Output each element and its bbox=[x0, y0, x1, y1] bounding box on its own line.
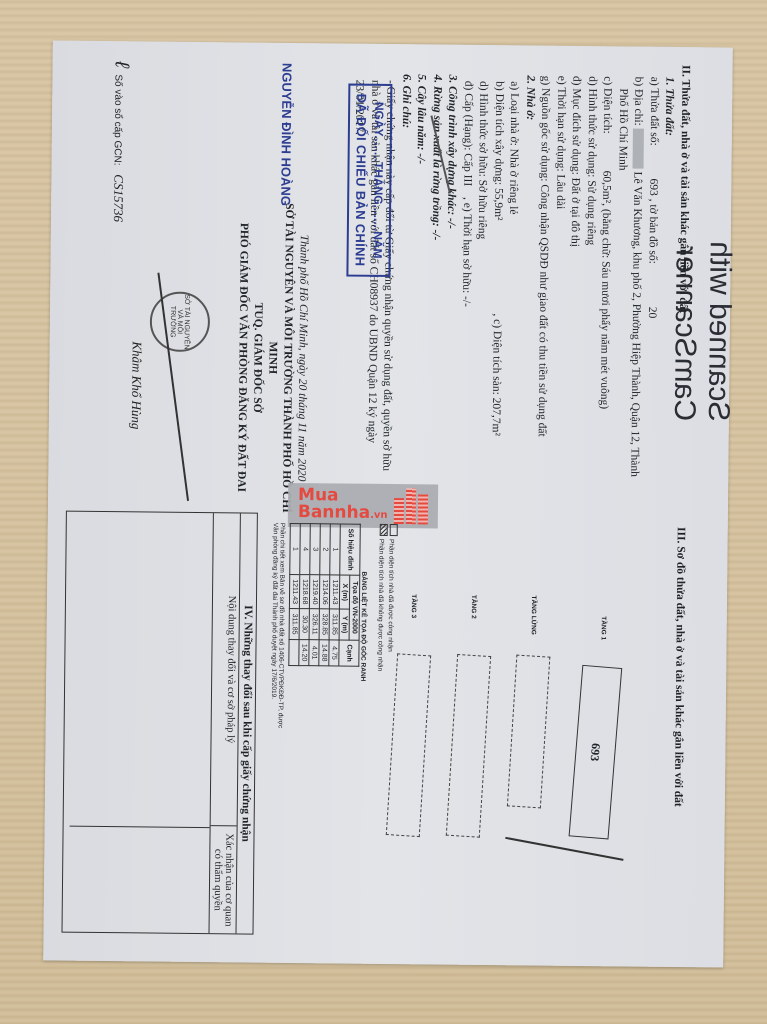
coordinate-row: 11211.43311.854.75 bbox=[329, 524, 340, 666]
floor-plan bbox=[386, 653, 431, 837]
initial-mark: ℓ bbox=[111, 61, 133, 68]
floor-label: TẦNG 1 bbox=[600, 616, 607, 640]
coordinate-row: 11211.43311.85 bbox=[289, 523, 300, 665]
signer-name: NGUYỄN ĐÌNH HOÀNG bbox=[278, 63, 294, 206]
site-diagram: 693 TẦNG 1 TẦNG LỬNG TẦNG 2 TẦNG 3 bbox=[324, 583, 627, 866]
rotated-page-content: Scanned with CamScanner II. Thửa đất, nh… bbox=[43, 40, 733, 967]
legend: Phần diện tích nhà đã được công nhận Phầ… bbox=[376, 524, 398, 671]
building-icon bbox=[393, 488, 427, 524]
changes-col-header: Nội dung thay đổi và cơ sở pháp lý bbox=[211, 513, 240, 827]
coordinate-table-block: BẢNG LIỆT KÊ TỌA ĐỘ GÓC RANH Số hiệu đỉn… bbox=[270, 523, 368, 729]
parcel-outline: 693 bbox=[569, 665, 623, 840]
map-sheet-number: 20 bbox=[646, 307, 658, 319]
muabannha-logo: Mua Bannha.vn bbox=[288, 483, 438, 529]
redacted-block bbox=[632, 129, 643, 169]
register-number: CS15736 bbox=[111, 174, 126, 222]
section-iii-title: III. Sơ đồ thửa đất, nhà ở và tài sản kh… bbox=[669, 527, 687, 807]
confirmation-cell bbox=[69, 827, 210, 933]
confirmation-col-header: Xác nhận của cơ quan có thẩm quyền bbox=[209, 826, 236, 933]
register-number-line: ℓ Số vào sổ cấp GCN: CS15736 bbox=[108, 61, 133, 222]
section-ii: II. Thửa đất, nhà ở và tài sản khác gắn … bbox=[347, 62, 692, 478]
signature-block: Thành phố Hồ Chí Minh, ngày 20 tháng 11 … bbox=[233, 192, 311, 523]
verified-copy-stamp: NGÀY........THÁNG........NĂM ĐÃ ĐỐI CHIẾ… bbox=[346, 84, 392, 277]
floor-label: TẦNG 2 bbox=[470, 595, 477, 619]
floor-plan bbox=[507, 655, 550, 809]
floor-label: TẦNG LỬNG bbox=[530, 595, 537, 634]
coordinate-row: 41218.6830.3014.20 bbox=[299, 524, 310, 666]
coordinate-row: 31219.40326.114.01 bbox=[309, 524, 320, 666]
road-line bbox=[505, 837, 623, 861]
floor-plan bbox=[446, 654, 491, 838]
changes-table: IV. Những thay đổi sau khi cấp giấy chứn… bbox=[61, 511, 257, 935]
coordinate-table: Số hiệu đỉnh Tọa độ VN-2000 Cạnh X (m) Y… bbox=[288, 523, 360, 667]
issuing-org: SỞ TÀI NGUYÊN VÀ MÔI TRƯỜNG THÀNH PHỐ HỒ… bbox=[263, 193, 296, 523]
handwritten-signature: Khâm Khổ Hùng bbox=[128, 341, 145, 429]
coordinate-row: 21214.06328.8514.88 bbox=[319, 524, 330, 666]
parcel-number: 693 bbox=[647, 179, 659, 196]
floor-label: TẦNG 3 bbox=[410, 594, 417, 618]
changes-cell bbox=[70, 512, 213, 829]
official-seal: SỞ TÀI NGUYÊN VÀ MÔI TRƯỜNG bbox=[150, 291, 211, 352]
certificate-page: Scanned with CamScanner II. Thửa đất, nh… bbox=[43, 40, 733, 967]
